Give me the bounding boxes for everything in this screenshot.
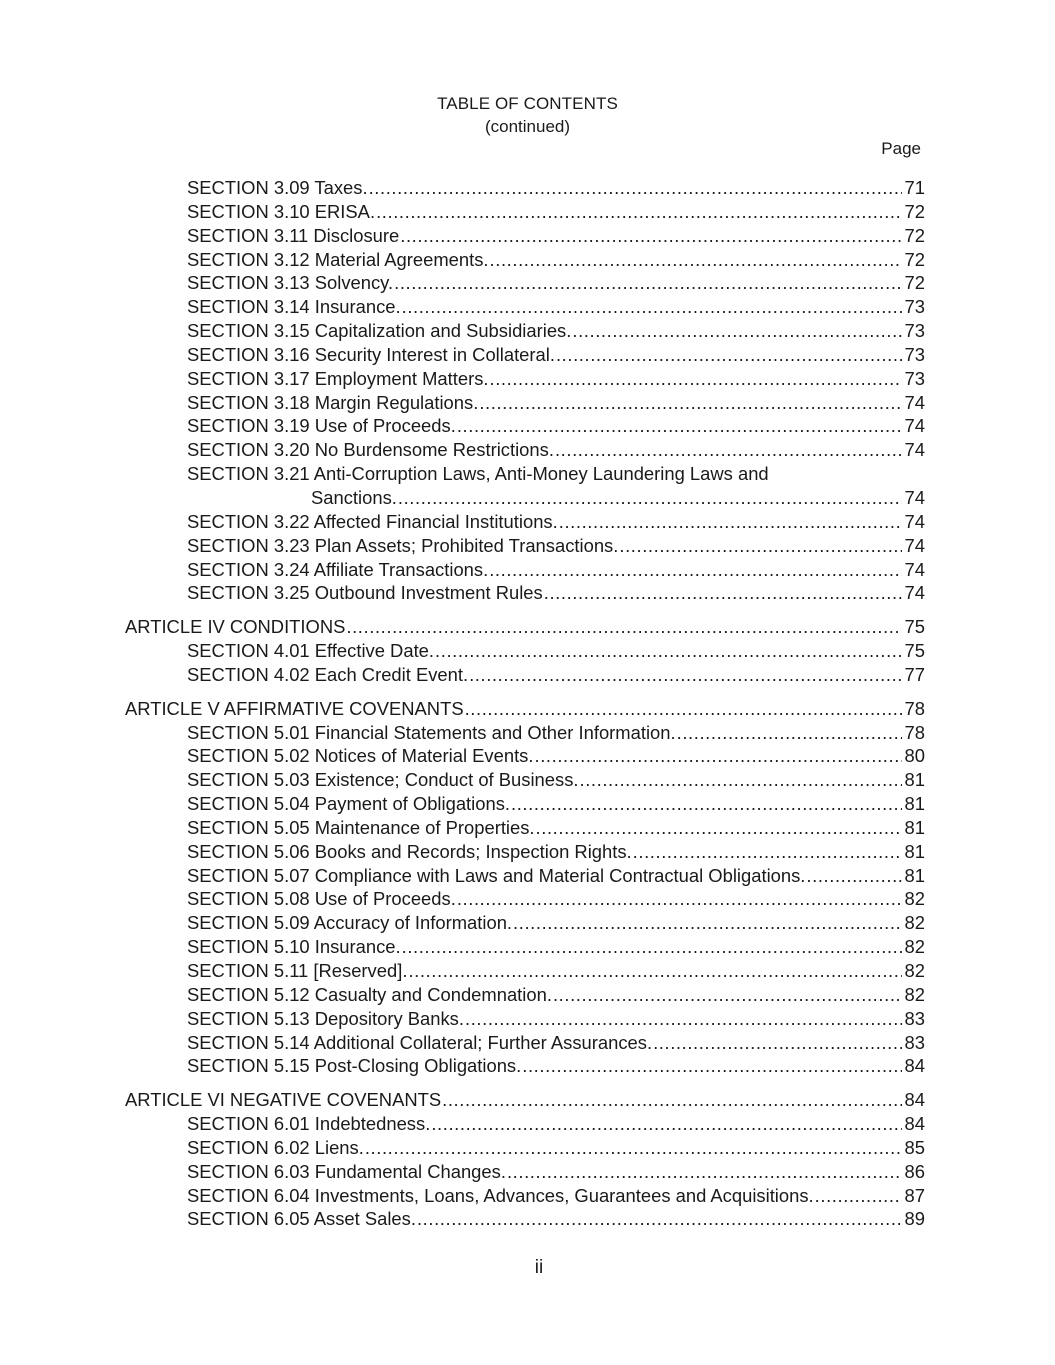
dot-leader	[400, 224, 901, 248]
dot-leader	[536, 816, 902, 840]
toc-entry-article[interactable]: ARTICLE V AFFIRMATIVE COVENANTS78	[125, 697, 925, 721]
dot-leader	[457, 887, 902, 911]
dot-leader	[815, 1184, 902, 1208]
toc-entry-page: 74	[905, 558, 925, 582]
toc-entry-section-continued[interactable]: Sanctions.74	[311, 486, 925, 510]
dot-leader	[490, 367, 902, 391]
toc-entry-label: Sanctions.	[311, 486, 397, 510]
toc-entry-label: ARTICLE V AFFIRMATIVE COVENANTS	[125, 697, 464, 721]
toc-entry-label: SECTION 4.02 Each Credit Event.	[187, 663, 468, 687]
toc-entry-section[interactable]: SECTION 6.05 Asset Sales.89	[187, 1207, 925, 1231]
toc-entry-label: SECTION 5.06 Books and Records; Inspecti…	[187, 840, 632, 864]
toc-entry-label: SECTION 6.01 Indebtedness.	[187, 1112, 430, 1136]
toc-entry-page: 81	[905, 864, 925, 888]
dot-leader	[365, 1136, 902, 1160]
toc-entry-page: 73	[905, 295, 925, 319]
toc-entry-page: 89	[905, 1207, 925, 1231]
toc-entry-page: 74	[905, 510, 925, 534]
toc-entry-section[interactable]: SECTION 5.06 Books and Records; Inspecti…	[187, 840, 925, 864]
dot-leader	[535, 744, 902, 768]
dot-leader	[677, 721, 902, 745]
toc-entry-page: 83	[905, 1031, 925, 1055]
toc-entry-label: SECTION 5.15 Post-Closing Obligations.	[187, 1054, 521, 1078]
toc-entry-label: SECTION 5.13 Depository Banks.	[187, 1007, 464, 1031]
dot-leader	[489, 558, 901, 582]
toc-entry-label: SECTION 3.10 ERISA.	[187, 200, 375, 224]
dot-leader	[402, 295, 902, 319]
dot-leader	[346, 615, 901, 639]
dot-leader	[469, 663, 901, 687]
toc-entry-section[interactable]: SECTION 5.11 [Reserved].82	[187, 959, 925, 983]
dot-leader	[633, 840, 902, 864]
toc-entry-section[interactable]: SECTION 6.02 Liens.85	[187, 1136, 925, 1160]
toc-entry-label: SECTION 4.01 Effective Date.	[187, 639, 434, 663]
dot-leader	[479, 391, 901, 415]
toc-entry-section[interactable]: SECTION 3.22 Affected Financial Institut…	[187, 510, 925, 534]
toc-entry-page: 73	[905, 319, 925, 343]
toc-entry-label: SECTION 6.05 Asset Sales.	[187, 1207, 416, 1231]
dot-leader	[619, 534, 901, 558]
toc-entry-section[interactable]: SECTION 3.12 Material Agreements.72	[187, 248, 925, 272]
toc-entry-section[interactable]: SECTION 3.10 ERISA.72	[187, 200, 925, 224]
toc-entry-article[interactable]: ARTICLE VI NEGATIVE COVENANTS84	[125, 1088, 925, 1112]
toc-entry-page: 85	[905, 1136, 925, 1160]
toc-entry-label: SECTION 3.22 Affected Financial Institut…	[187, 510, 558, 534]
toc-entry-page: 75	[905, 639, 925, 663]
toc-entry-page: 81	[905, 840, 925, 864]
dot-leader	[544, 581, 902, 605]
dot-leader	[465, 1007, 902, 1031]
toc-entry-label: SECTION 5.05 Maintenance of Properties.	[187, 816, 535, 840]
dot-leader	[511, 792, 902, 816]
toc-entry-page: 74	[905, 581, 925, 605]
dot-leader	[417, 1207, 902, 1231]
toc-entry-label: SECTION 3.23 Plan Assets; Prohibited Tra…	[187, 534, 618, 558]
toc-entry-page: 78	[905, 697, 925, 721]
toc-entry-label: SECTION 5.14 Additional Collateral; Furt…	[187, 1031, 652, 1055]
dot-leader	[465, 697, 902, 721]
toc-entry-label: SECTION 5.09 Accuracy of Information.	[187, 911, 512, 935]
toc-entry-label: SECTION 3.09 Taxes.	[187, 176, 368, 200]
toc-entry-page: 84	[905, 1112, 925, 1136]
toc-entry-page: 84	[905, 1088, 925, 1112]
page-number: ii	[0, 1256, 1055, 1280]
toc-entry-label: SECTION 5.10 Insurance.	[187, 935, 401, 959]
dot-leader	[507, 1160, 902, 1184]
toc-entry-page: 81	[905, 768, 925, 792]
toc-entry-page: 82	[905, 983, 925, 1007]
toc-entry-label: SECTION 3.25 Outbound Investment Rules	[187, 581, 543, 605]
toc-entry-page: 74	[905, 534, 925, 558]
toc-entry-page: 75	[905, 615, 925, 639]
toc-entry-section[interactable]: SECTION 3.14 Insurance.73	[187, 295, 925, 319]
dot-leader	[376, 200, 901, 224]
toc-entry-section[interactable]: SECTION 5.03 Existence; Conduct of Busin…	[187, 768, 925, 792]
toc-entry-label: SECTION 5.02 Notices of Material Events.	[187, 744, 534, 768]
page-column-header: Page	[881, 138, 921, 160]
toc-entry-label: SECTION 5.08 Use of Proceeds.	[187, 887, 456, 911]
toc-entry-page: 81	[905, 792, 925, 816]
toc-entry-article[interactable]: ARTICLE IV CONDITIONS75	[125, 615, 925, 639]
toc-entry-section[interactable]: SECTION 3.24 Affiliate Transactions.74	[187, 558, 925, 582]
toc-entry-section[interactable]: SECTION 5.01 Financial Statements and Ot…	[187, 721, 925, 745]
dot-leader	[555, 438, 902, 462]
toc-entry-label: SECTION 3.12 Material Agreements.	[187, 248, 489, 272]
toc-entry-page: 73	[905, 367, 925, 391]
toc-entry-page: 72	[905, 224, 925, 248]
dot-leader	[580, 768, 902, 792]
toc-entry-section[interactable]: SECTION 3.20 No Burdensome Restrictions.…	[187, 438, 925, 462]
toc-entry-section[interactable]: SECTION 5.13 Depository Banks.83	[187, 1007, 925, 1031]
toc-list: SECTION 3.09 Taxes.71SECTION 3.10 ERISA.…	[0, 176, 1055, 1231]
toc-entry-section[interactable]: SECTION 5.07 Compliance with Laws and Ma…	[187, 864, 925, 888]
toc-entry-label: SECTION 3.13 Solvency.	[187, 271, 393, 295]
dot-leader	[408, 959, 901, 983]
toc-entry-section[interactable]: SECTION 6.01 Indebtedness.84	[187, 1112, 925, 1136]
document-page: TABLE OF CONTENTS (continued) Page SECTI…	[0, 0, 1055, 1365]
toc-entry-section[interactable]: SECTION 3.13 Solvency.72	[187, 271, 925, 295]
toc-entry-section[interactable]: SECTION 5.02 Notices of Material Events.…	[187, 744, 925, 768]
toc-entry-section[interactable]: SECTION 5.14 Additional Collateral; Furt…	[187, 1031, 925, 1055]
toc-entry-label: SECTION 3.21 Anti-Corruption Laws, Anti-…	[187, 462, 769, 486]
toc-entry-section[interactable]: SECTION 5.08 Use of Proceeds.82	[187, 887, 925, 911]
dot-leader	[522, 1054, 901, 1078]
dot-leader	[394, 271, 901, 295]
toc-entry-section[interactable]: SECTION 3.15 Capitalization and Subsidia…	[187, 319, 925, 343]
toc-entry-label: SECTION 3.19 Use of Proceeds.	[187, 414, 456, 438]
toc-entry-page: 82	[905, 959, 925, 983]
dot-leader	[435, 639, 902, 663]
dot-leader	[653, 1031, 901, 1055]
toc-entry-section[interactable]: SECTION 6.04 Investments, Loans, Advance…	[187, 1184, 925, 1208]
toc-entry-page: 77	[905, 663, 925, 687]
dot-leader	[559, 510, 902, 534]
dot-leader	[402, 935, 902, 959]
toc-entry-page: 83	[905, 1007, 925, 1031]
toc-entry-page: 78	[905, 721, 925, 745]
toc-entry-page: 72	[905, 200, 925, 224]
toc-entry-page: 82	[905, 887, 925, 911]
toc-entry-section[interactable]: SECTION 6.03 Fundamental Changes.86	[187, 1160, 925, 1184]
dot-leader	[553, 983, 902, 1007]
toc-entry-section[interactable]: SECTION 5.09 Accuracy of Information.82	[187, 911, 925, 935]
toc-title: TABLE OF CONTENTS	[0, 93, 1055, 115]
dot-leader	[556, 343, 902, 367]
dot-leader	[572, 319, 901, 343]
toc-entry-section[interactable]: SECTION 4.01 Effective Date.75	[187, 639, 925, 663]
toc-entry-label: SECTION 5.12 Casualty and Condemnation.	[187, 983, 552, 1007]
toc-entry-section[interactable]: SECTION 5.15 Post-Closing Obligations.84	[187, 1054, 925, 1078]
dot-leader	[398, 486, 902, 510]
toc-entry-section[interactable]: SECTION 3.18 Margin Regulations.74	[187, 391, 925, 415]
toc-entry-page: 81	[905, 816, 925, 840]
dot-leader	[806, 864, 901, 888]
toc-entry-section[interactable]: SECTION 5.12 Casualty and Condemnation.8…	[187, 983, 925, 1007]
toc-entry-page: 74	[905, 391, 925, 415]
toc-entry-page: 87	[905, 1184, 925, 1208]
toc-entry-label: SECTION 3.24 Affiliate Transactions.	[187, 558, 488, 582]
toc-entry-label: SECTION 5.01 Financial Statements and Ot…	[187, 721, 676, 745]
toc-entry-label: SECTION 5.04 Payment of Obligations.	[187, 792, 510, 816]
toc-entry-label: SECTION 3.20 No Burdensome Restrictions.	[187, 438, 554, 462]
toc-entry-section[interactable]: SECTION 4.02 Each Credit Event.77	[187, 663, 925, 687]
toc-entry-section[interactable]: SECTION 3.25 Outbound Investment Rules74	[187, 581, 925, 605]
dot-leader	[457, 414, 902, 438]
toc-entry-section[interactable]: SECTION 3.19 Use of Proceeds.74	[187, 414, 925, 438]
toc-entry-section[interactable]: SECTION 5.04 Payment of Obligations.81	[187, 792, 925, 816]
toc-entry-section[interactable]: SECTION 3.09 Taxes.71	[187, 176, 925, 200]
toc-entry-label: SECTION 3.16 Security Interest in Collat…	[187, 343, 555, 367]
toc-entry-section[interactable]: SECTION 3.11 Disclosure72	[187, 224, 925, 248]
toc-entry-section[interactable]: SECTION 3.17 Employment Matters.73	[187, 367, 925, 391]
toc-entry-label: SECTION 3.14 Insurance.	[187, 295, 401, 319]
toc-entry-page: 80	[905, 744, 925, 768]
toc-entry-page: 74	[905, 438, 925, 462]
toc-entry-page: 86	[905, 1160, 925, 1184]
toc-entry-page: 74	[905, 414, 925, 438]
toc-entry-label: SECTION 6.03 Fundamental Changes.	[187, 1160, 506, 1184]
toc-entry-label: SECTION 5.03 Existence; Conduct of Busin…	[187, 768, 579, 792]
toc-entry-label: SECTION 3.15 Capitalization and Subsidia…	[187, 319, 571, 343]
toc-entry-label: ARTICLE VI NEGATIVE COVENANTS	[125, 1088, 441, 1112]
toc-entry-label: SECTION 3.11 Disclosure	[187, 224, 399, 248]
toc-entry-section[interactable]: SECTION 5.05 Maintenance of Properties.8…	[187, 816, 925, 840]
dot-leader	[431, 1112, 901, 1136]
toc-entry-page: 71	[905, 176, 925, 200]
toc-entry-label: SECTION 6.04 Investments, Loans, Advance…	[187, 1184, 814, 1208]
dot-leader	[513, 911, 901, 935]
toc-entry-page: 82	[905, 911, 925, 935]
toc-entry-label: ARTICLE IV CONDITIONS	[125, 615, 345, 639]
toc-entry-label: SECTION 3.17 Employment Matters.	[187, 367, 489, 391]
toc-entry-page: 73	[905, 343, 925, 367]
toc-entry-label: SECTION 5.11 [Reserved].	[187, 959, 407, 983]
dot-leader	[369, 176, 902, 200]
toc-entry-label: SECTION 3.18 Margin Regulations.	[187, 391, 478, 415]
toc-entry-section[interactable]: SECTION 3.16 Security Interest in Collat…	[187, 343, 925, 367]
toc-entry-label: SECTION 5.07 Compliance with Laws and Ma…	[187, 864, 805, 888]
toc-entry-section[interactable]: SECTION 3.23 Plan Assets; Prohibited Tra…	[187, 534, 925, 558]
toc-entry-page: 84	[905, 1054, 925, 1078]
toc-entry-label: SECTION 6.02 Liens.	[187, 1136, 364, 1160]
toc-entry-section[interactable]: SECTION 3.21 Anti-Corruption Laws, Anti-…	[187, 462, 925, 486]
toc-entry-page: 82	[905, 935, 925, 959]
toc-entry-page: 74	[905, 486, 925, 510]
toc-entry-page: 72	[905, 271, 925, 295]
toc-entry-page: 72	[905, 248, 925, 272]
toc-entry-section[interactable]: SECTION 5.10 Insurance.82	[187, 935, 925, 959]
toc-subtitle: (continued)	[0, 116, 1055, 138]
dot-leader	[442, 1088, 901, 1112]
dot-leader	[490, 248, 902, 272]
